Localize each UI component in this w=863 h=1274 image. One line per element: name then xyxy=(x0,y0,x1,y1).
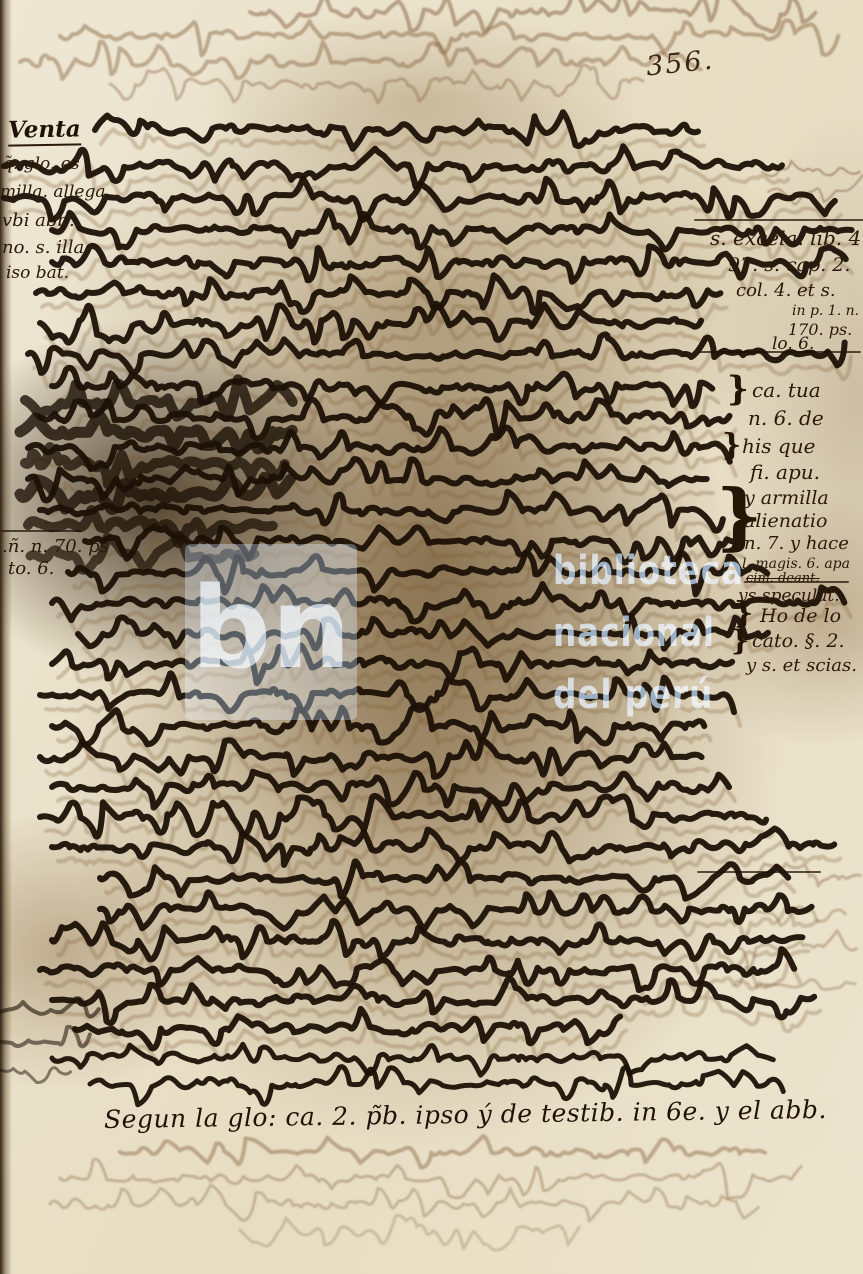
margin-note-right: y armilla xyxy=(744,489,829,508)
margin-note-right: in p. 1. n. xyxy=(792,304,859,318)
margin-note-right: y s. et scias. xyxy=(746,657,857,675)
margin-note-left: to. 6. xyxy=(8,560,54,578)
margin-note-right: s. excela. lib. 4. xyxy=(710,228,863,248)
margin-note-right: l. magis. 6. apa xyxy=(742,557,850,571)
margin-note-left: milla. allega xyxy=(0,184,105,201)
margin-note-right: his que xyxy=(742,436,815,456)
margin-note-right: ys speculat. xyxy=(738,588,840,605)
margin-brace: } xyxy=(722,432,741,459)
margin-note-right: ca. tua xyxy=(752,380,821,400)
margin-note-right: col. 4. et s. xyxy=(736,282,836,300)
margin-note-right: fi. apu. xyxy=(750,462,820,482)
manuscript-page: bn biblioteca nacional del perú 356. Ven… xyxy=(0,0,863,1274)
margin-note-left: iso bat. xyxy=(6,265,69,282)
margin-brace: } xyxy=(727,374,749,405)
margin-note-right: alienatio xyxy=(744,512,827,531)
margin-note-right: Ho de lo xyxy=(760,607,841,626)
margin-note-right: 97. s. cap. 2. xyxy=(728,256,850,275)
margin-note-right: cato. §. 2. xyxy=(752,632,845,651)
first-word: Venta xyxy=(8,115,81,146)
margin-brace: } xyxy=(731,628,749,653)
margin-note-left: vbi abb. xyxy=(2,212,75,230)
margin-note-left: q̃. glo. es xyxy=(2,156,80,173)
margin-note-left: .ñ. n. 70. ps xyxy=(2,538,109,556)
margin-note-right: n. 7. y hace xyxy=(744,535,849,553)
margin-note-right: lo. 6. xyxy=(772,336,814,353)
margin-note-right: n. 6. de xyxy=(748,408,824,428)
margin-note-left: no. s. illa xyxy=(2,239,84,257)
margin-note-right: cim. deant. xyxy=(746,572,820,585)
